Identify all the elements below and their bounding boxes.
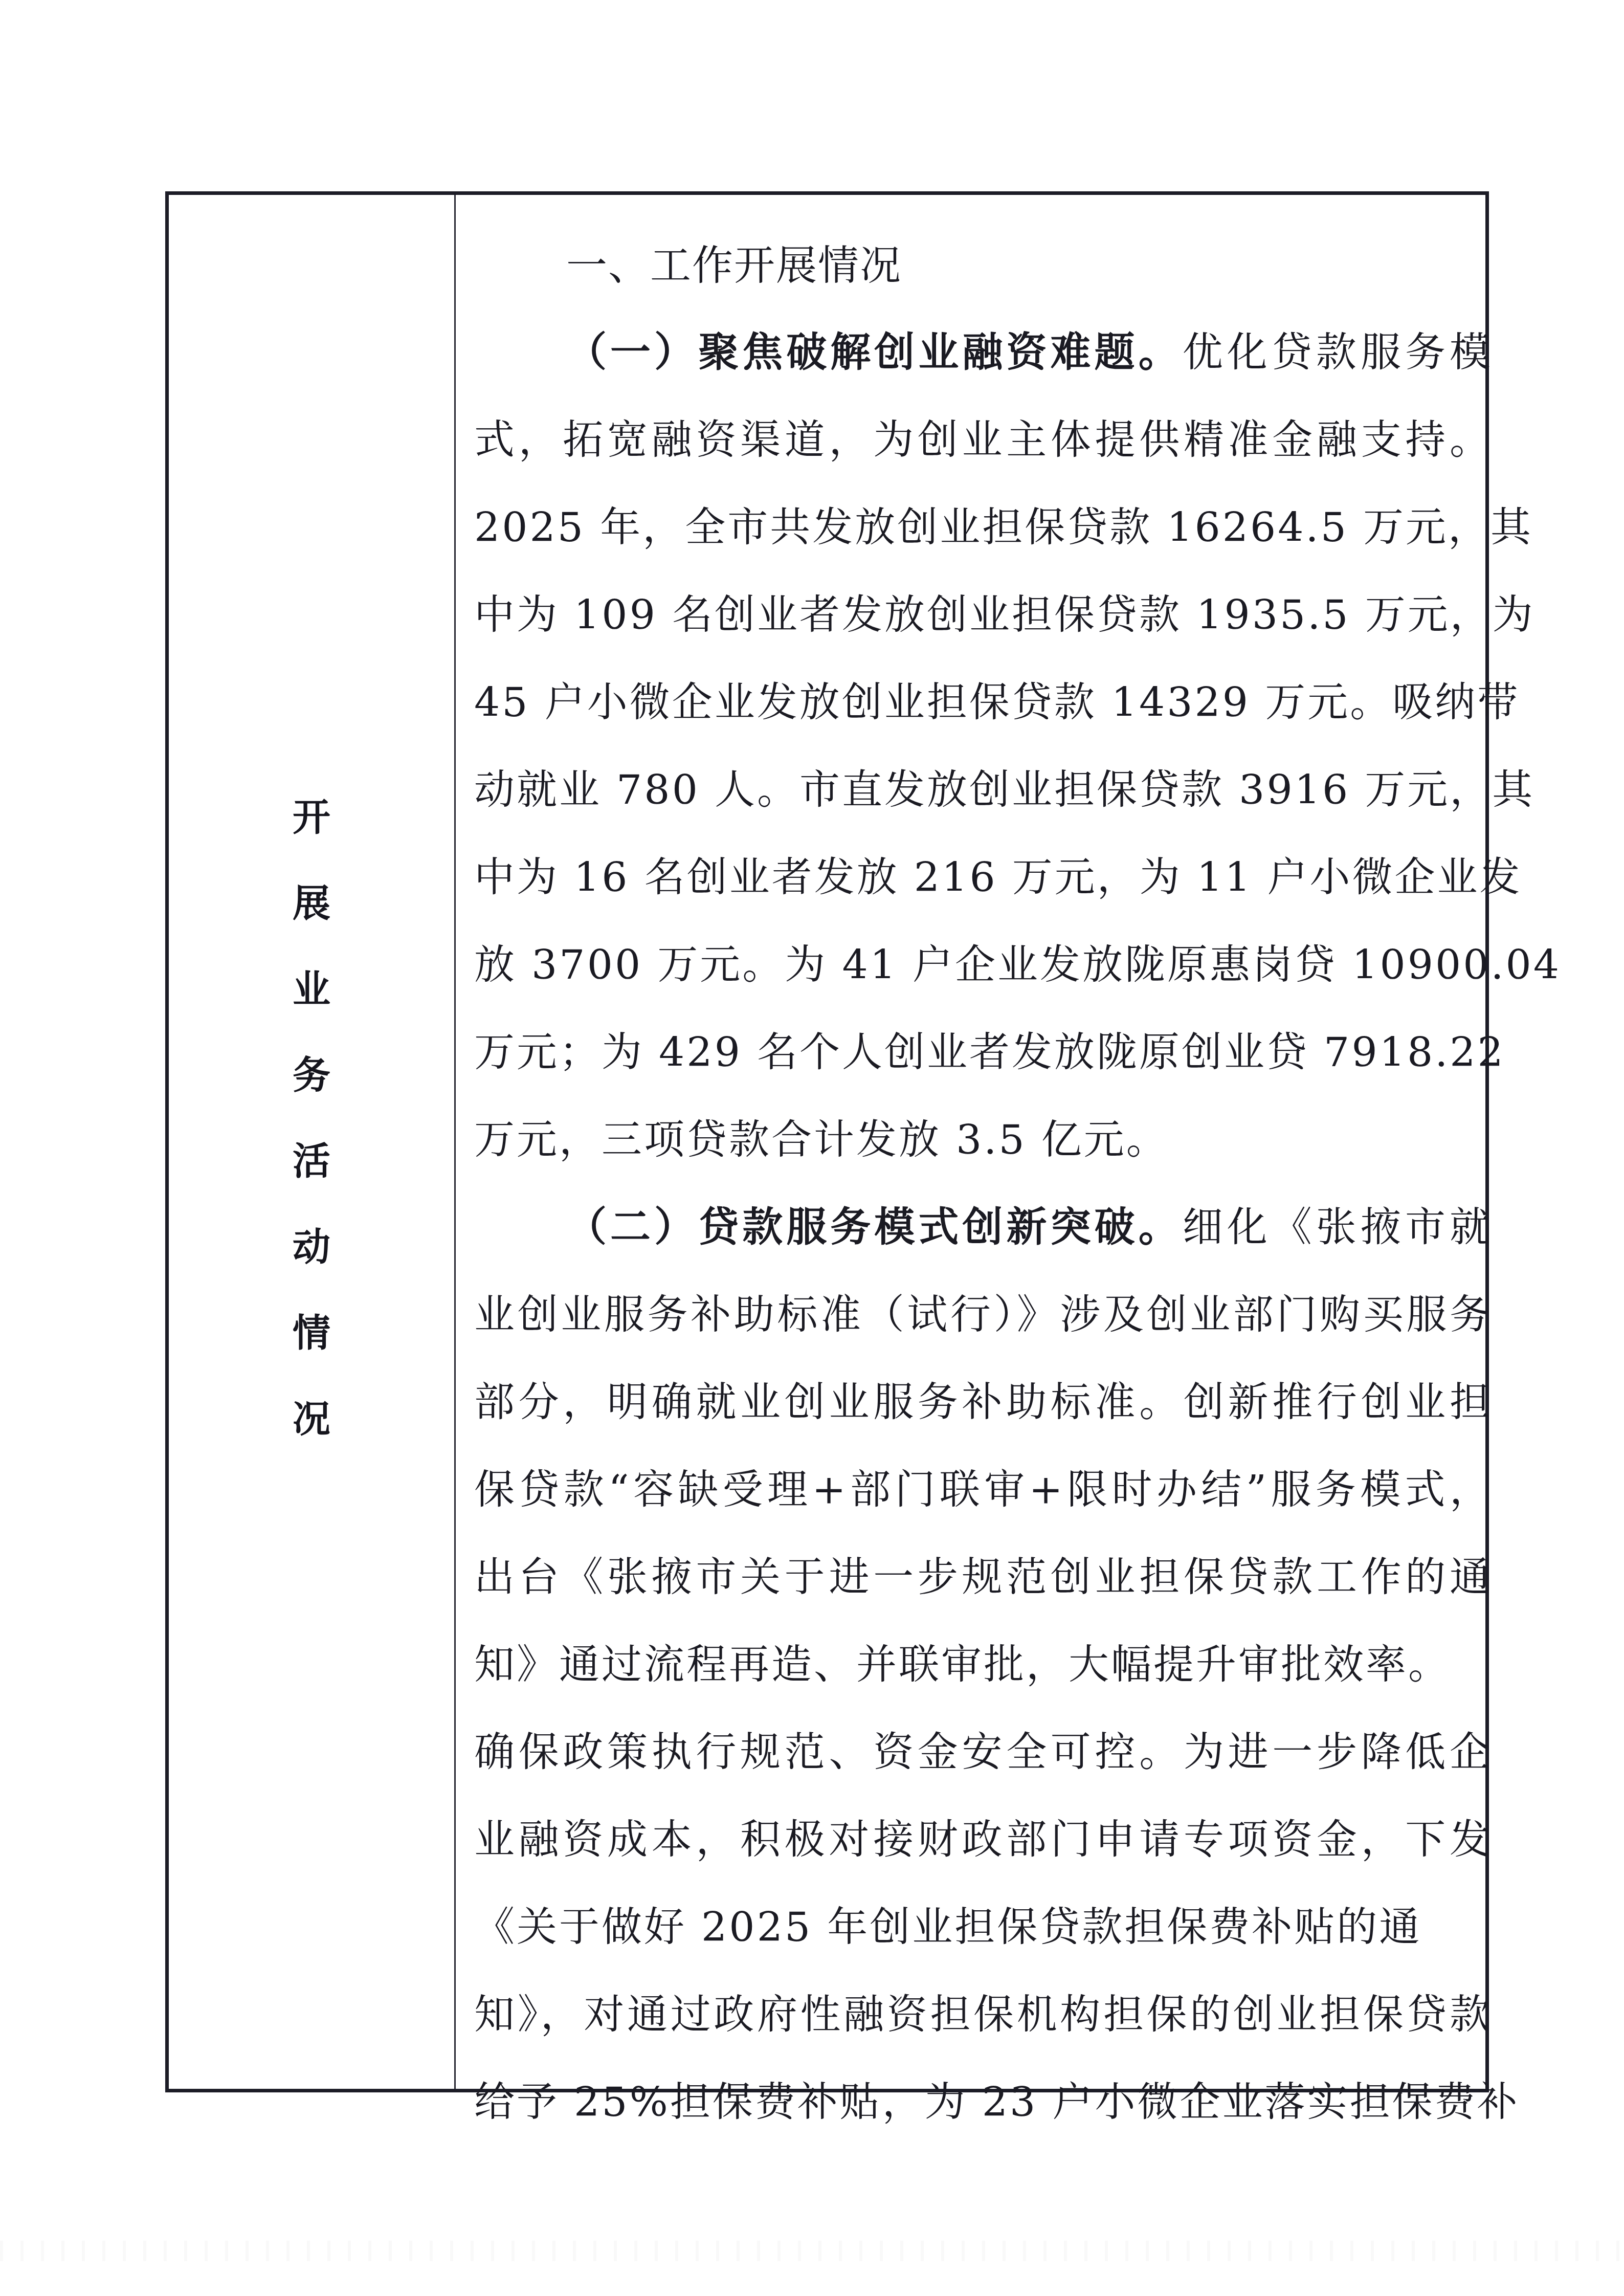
- paragraph-service-model: （二）贷款服务模式创新突破。细化《张掖市就 业创业服务补助标准（试行）》涉及创业…: [474, 1184, 1492, 2146]
- text-line: 知》，对通过政府性融资担保机构担保的创业担保贷款: [474, 1971, 1492, 2059]
- label-char: 展: [293, 885, 330, 922]
- label-char: 况: [293, 1400, 330, 1438]
- text-line: 业创业服务补助标准（试行）》涉及创业部门购买服务: [474, 1271, 1492, 1359]
- report-table: 开 展 业 务 活 动 情 况 一、工作开展情况 （一）聚焦破解创业融资难题。优…: [165, 191, 1489, 2092]
- paragraph-financing: （一）聚焦破解创业融资难题。优化贷款服务模 式，拓宽融资渠道，为创业主体提供精准…: [474, 309, 1492, 1184]
- text-line: 给予 25%担保费补贴，为 23 户小微企业落实担保费补: [474, 2059, 1492, 2146]
- text-line: 业融资成本，积极对接财政部门申请专项资金，下发: [474, 1796, 1492, 1884]
- label-column: 开 展 业 务 活 动 情 况: [169, 195, 456, 2089]
- text-line: 2025 年，全市共发放创业担保贷款 16264.5 万元，其: [474, 484, 1492, 571]
- text-line: 确保政策执行规范、资金安全可控。为进一步降低企: [474, 1709, 1492, 1796]
- text-line: 动就业 780 人。市直发放创业担保贷款 3916 万元，其: [474, 746, 1492, 834]
- document-page: 开 展 业 务 活 动 情 况 一、工作开展情况 （一）聚焦破解创业融资难题。优…: [0, 0, 1624, 2296]
- scan-artifact: [0, 2241, 1624, 2261]
- label-char: 活: [293, 1142, 330, 1180]
- label-char: 动: [293, 1228, 330, 1266]
- text-line: （二）贷款服务模式创新突破。细化《张掖市就: [474, 1184, 1492, 1271]
- text-line: 中为 109 名创业者发放创业担保贷款 1935.5 万元，为: [474, 571, 1492, 659]
- text-line: 放 3700 万元。为 41 户企业发放陇原惠岗贷 10900.04: [474, 921, 1492, 1009]
- vertical-label: 开 展 业 务 活 动 情 况: [169, 799, 454, 1486]
- text-line: 知》通过流程再造、并联审批，大幅提升审批效率。: [474, 1621, 1492, 1709]
- label-char: 开: [293, 799, 330, 836]
- content-column: 一、工作开展情况 （一）聚焦破解创业融资难题。优化贷款服务模 式，拓宽融资渠道，…: [456, 195, 1485, 2089]
- text-line: 式，拓宽融资渠道，为创业主体提供精准金融支持。: [474, 396, 1492, 484]
- label-char: 情: [293, 1314, 330, 1352]
- text-line: 出台《张掖市关于进一步规范创业担保贷款工作的通: [474, 1534, 1492, 1621]
- text-line: 万元，三项贷款合计发放 3.5 亿元。: [474, 1096, 1492, 1184]
- text-line: （一）聚焦破解创业融资难题。优化贷款服务模: [474, 309, 1492, 396]
- text-line: 《关于做好 2025 年创业担保贷款担保费补贴的通: [474, 1884, 1492, 1971]
- text-run: 优化贷款服务模: [1183, 329, 1492, 376]
- label-char: 业: [293, 970, 330, 1008]
- label-char: 务: [293, 1056, 330, 1094]
- section-heading: 一、工作开展情况: [474, 222, 1492, 309]
- paragraph-lead: （二）贷款服务模式创新突破。: [566, 1204, 1183, 1251]
- text-run: 细化《张掖市就: [1183, 1204, 1492, 1251]
- content-body: 一、工作开展情况 （一）聚焦破解创业融资难题。优化贷款服务模 式，拓宽融资渠道，…: [474, 222, 1492, 2146]
- text-line: 保贷款“容缺受理+部门联审+限时办结”服务模式，: [474, 1446, 1492, 1534]
- text-line: 中为 16 名创业者发放 216 万元，为 11 户小微企业发: [474, 834, 1492, 921]
- text-line: 部分，明确就业创业服务补助标准。创新推行创业担: [474, 1359, 1492, 1446]
- paragraph-lead: （一）聚焦破解创业融资难题。: [566, 329, 1183, 376]
- text-line: 45 户小微企业发放创业担保贷款 14329 万元。吸纳带: [474, 659, 1492, 746]
- text-line: 万元；为 429 名个人创业者发放陇原创业贷 7918.22: [474, 1009, 1492, 1096]
